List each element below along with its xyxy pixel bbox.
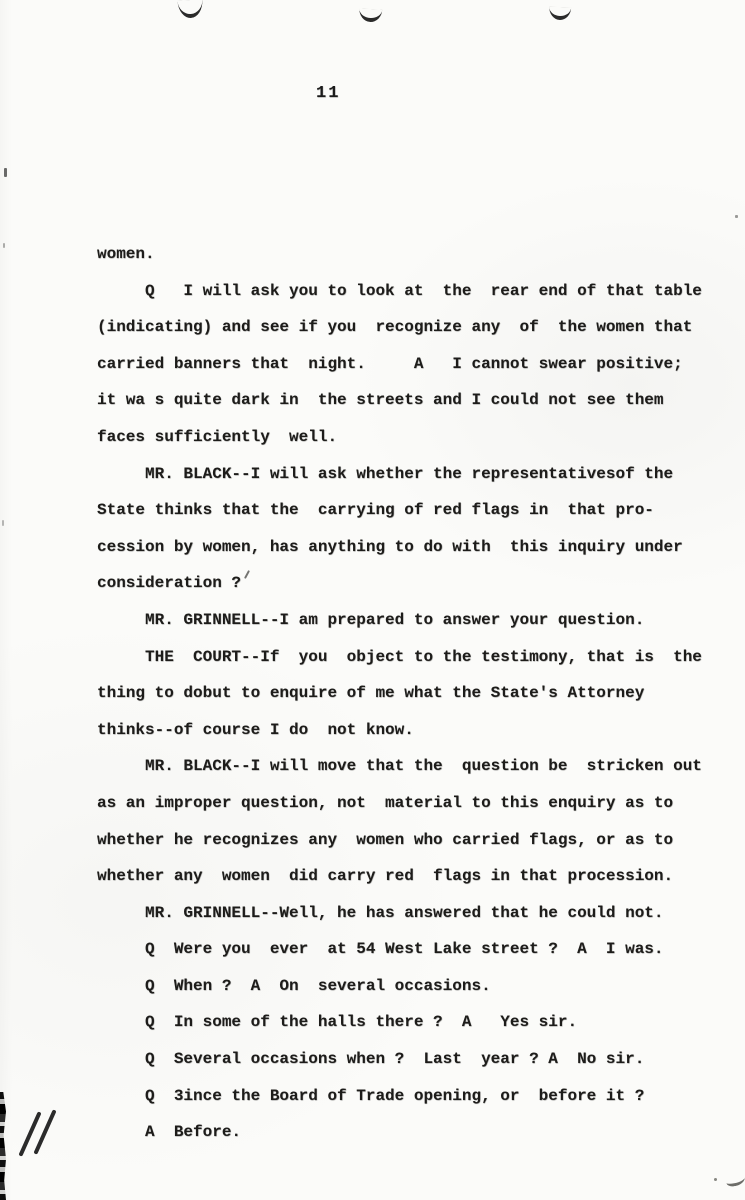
transcript-line: thing to dobut to enquire of me what the…: [97, 675, 702, 712]
scan-speck: [3, 243, 5, 248]
transcript-line: MR. GRINNELL--I am prepared to answer yo…: [97, 602, 702, 639]
binding-mark-icon: [359, 8, 383, 22]
transcript-line: Q When ? A On several occasions.: [97, 968, 702, 1005]
transcript-line: faces sufficiently well.: [97, 419, 702, 456]
transcript-line: A Before.: [97, 1114, 702, 1151]
transcript-line: (indicating) and see if you recognize an…: [97, 309, 702, 346]
scan-speck: [735, 215, 738, 218]
transcript-line: Q 3ince the Board of Trade opening, or b…: [97, 1078, 702, 1115]
transcript-line: Q Several occasions when ? Last year ? A…: [97, 1041, 702, 1078]
page-number: 11: [316, 84, 340, 103]
scanned-transcript-page: 11 women. Q I will ask you to look at th…: [0, 0, 745, 1200]
handwritten-page-number: [16, 1104, 66, 1166]
transcript-line: whether any women did carry red flags in…: [97, 858, 702, 895]
ink-dot-artifact: [714, 1178, 717, 1181]
transcript-line: carried banners that night. A I cannot s…: [97, 346, 702, 383]
transcript-line: thinks--of course I do not know.: [97, 712, 702, 749]
scan-edge-artifact: [0, 1092, 6, 1200]
ink-squiggle-artifact: [725, 1172, 745, 1187]
binding-mark-icon: [177, 0, 203, 19]
transcript-line: THE COURT--If you object to the testimon…: [97, 639, 702, 676]
binding-mark-icon: [549, 7, 571, 21]
transcript-line: it wa s quite dark in the streets and I …: [97, 382, 702, 419]
transcript-line: cession by women, has anything to do wit…: [97, 529, 702, 566]
scan-speck: [2, 520, 4, 526]
transcript-line: whether he recognizes any women who carr…: [97, 822, 702, 859]
transcript-line: Q Were you ever at 54 West Lake street ?…: [97, 931, 702, 968]
transcript-body: women. Q I will ask you to look at the r…: [97, 236, 702, 1151]
transcript-line: consideration ?: [97, 565, 702, 602]
transcript-line: as an improper question, not material to…: [97, 785, 702, 822]
transcript-line: MR. BLACK--I will move that the question…: [97, 748, 702, 785]
transcript-line: MR. GRINNELL--Well, he has answered that…: [97, 895, 702, 932]
transcript-line: MR. BLACK--I will ask whether the repres…: [97, 456, 702, 493]
scan-speck: [4, 168, 7, 177]
transcript-line: Q I will ask you to look at the rear end…: [97, 273, 702, 310]
transcript-line: women.: [97, 236, 702, 273]
transcript-line: State thinks that the carrying of red fl…: [97, 492, 702, 529]
transcript-line: Q In some of the halls there ? A Yes sir…: [97, 1004, 702, 1041]
